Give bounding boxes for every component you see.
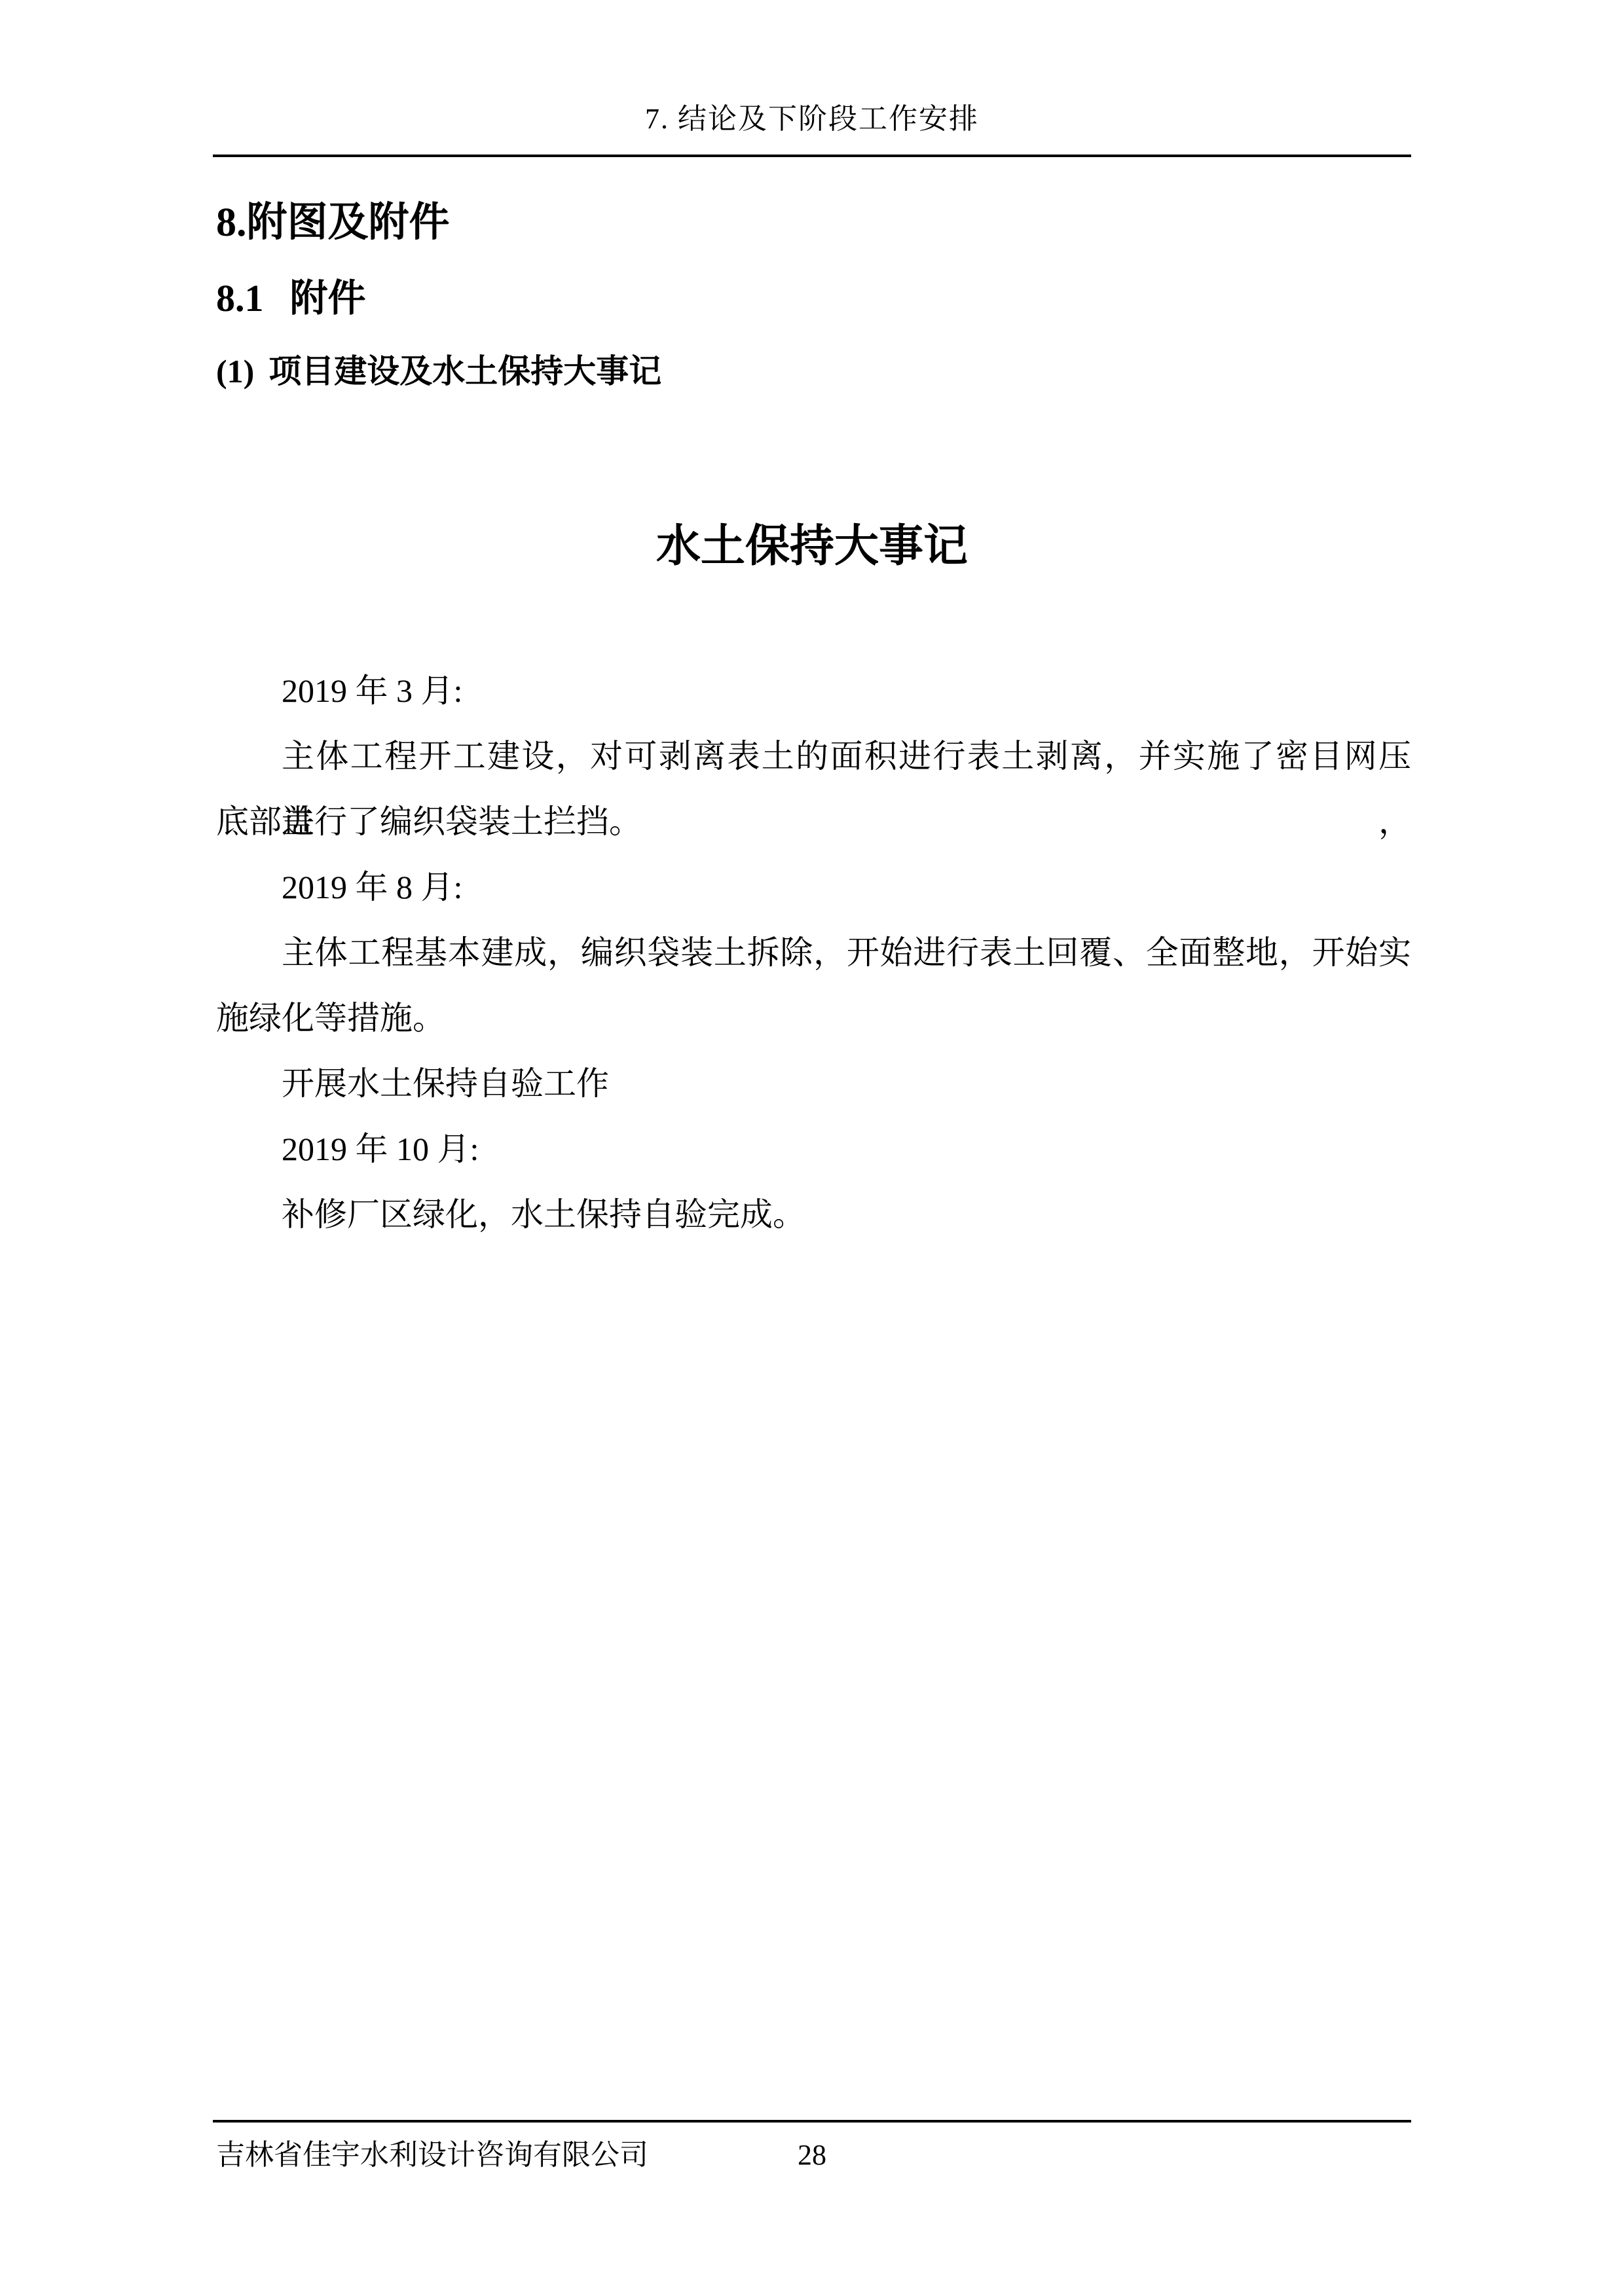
document-page: 7. 结论及下阶段工作安排 8.附图及附件 8.1附件 (1)项目建设及水土保持…: [0, 0, 1624, 2296]
header-rule: [213, 155, 1411, 157]
section-heading-8-number: 8.: [216, 200, 247, 245]
item-heading-1-label: 项目建设及水土保持大事记: [268, 353, 661, 390]
body-line: 主体工程基本建成，编织袋装土拆除，开始进行表土回覆、全面整地，开始实: [216, 920, 1411, 985]
footer-page-number: 28: [0, 2136, 1624, 2175]
body-line: 补修厂区绿化，水土保持自验完成。: [216, 1182, 1411, 1247]
body-line: 施绿化等措施。: [216, 985, 1411, 1051]
body: 2019 年 3 月:主体工程开工建设，对可剥离表土的面积进行表土剥离，并实施了…: [216, 658, 1411, 1247]
section-heading-8-label: 附图及附件: [247, 200, 450, 245]
body-line: 2019 年 10 月:: [216, 1116, 1411, 1182]
subsection-heading-8-1-number: 8.1: [216, 277, 264, 319]
body-line: 主体工程开工建设，对可剥离表土的面积进行表土剥离，并实施了密目网压盖，: [216, 723, 1411, 789]
subsection-heading-8-1-label: 附件: [290, 277, 366, 319]
attachment-title: 水土保持大事记: [0, 519, 1624, 574]
footer-rule: [213, 2120, 1411, 2123]
section-heading-8: 8.附图及附件: [216, 196, 450, 249]
subsection-heading-8-1: 8.1附件: [216, 274, 366, 323]
body-line: 2019 年 8 月:: [216, 854, 1411, 920]
item-heading-1: (1)项目建设及水土保持大事记: [216, 351, 661, 392]
running-header-chapter-title: 7. 结论及下阶段工作安排: [0, 98, 1624, 140]
item-heading-1-number: (1): [216, 353, 254, 390]
body-line: 2019 年 3 月:: [216, 658, 1411, 723]
body-line: 开展水土保持自验工作: [216, 1051, 1411, 1116]
